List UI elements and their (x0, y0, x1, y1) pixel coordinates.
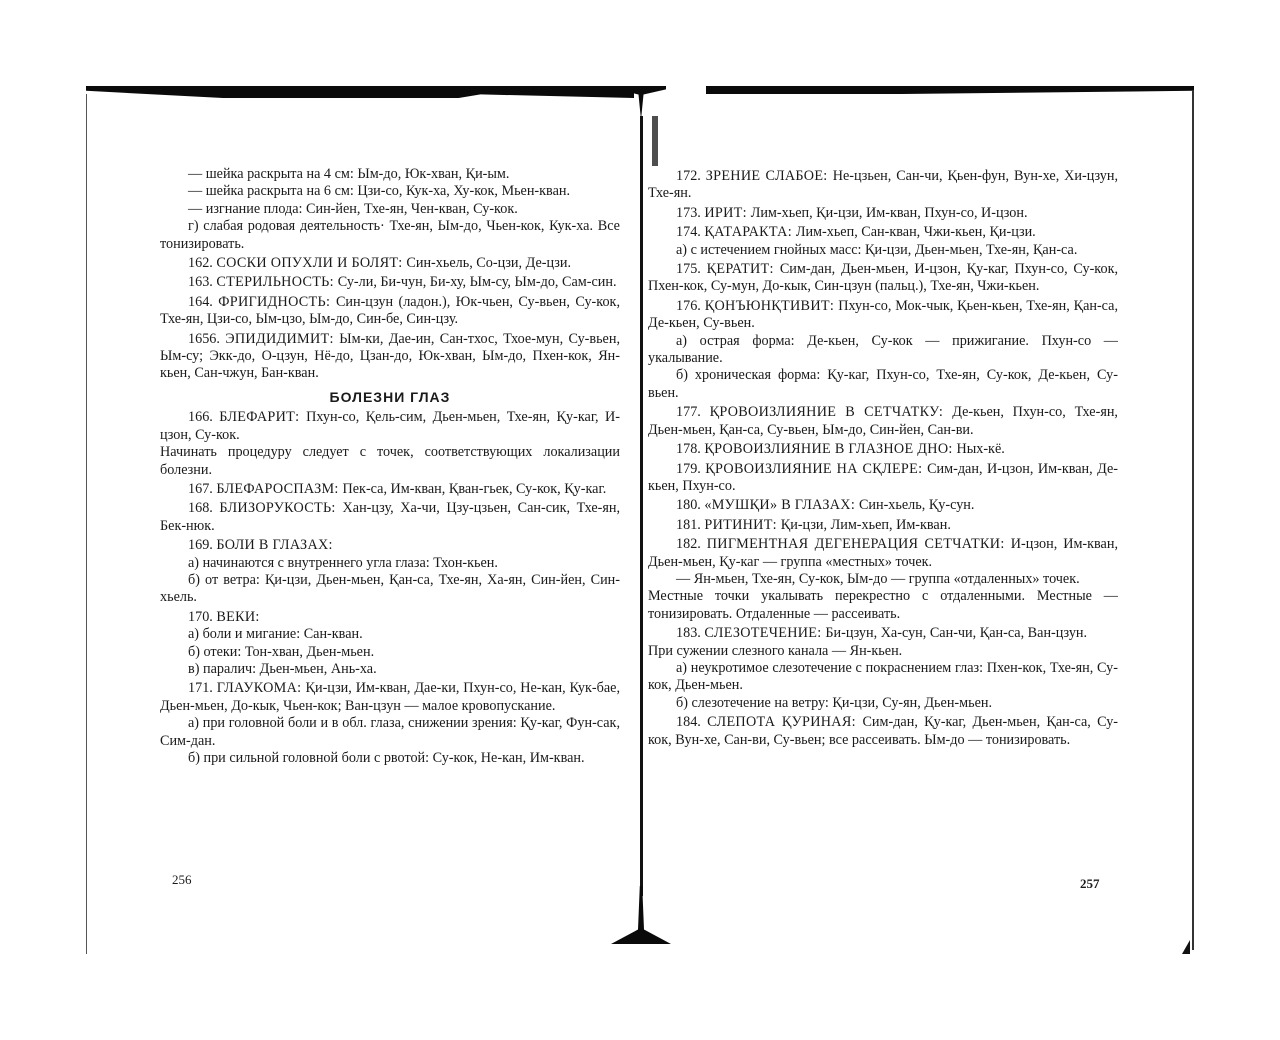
text-paragraph: Начинать процедуру следует с точек, соот… (160, 444, 620, 479)
entry-title: РИТИНИТ: (704, 517, 780, 533)
entry-text: — шейка раскрыта на 6 см: Цзи-со, Кук-ха… (188, 183, 570, 199)
entry-paragraph: 180. «МУШҚИ» В ГЛАЗАХ: Син-хьель, Қу-сун… (648, 497, 1118, 514)
entry-number: 164. (188, 294, 218, 310)
text-paragraph: а) неукротимое слезотечение с покраснени… (648, 660, 1118, 695)
entry-paragraph: 183. СЛЕЗОТЕЧЕНИЕ: Би-цзун, Ха-сун, Сан-… (648, 625, 1118, 642)
entry-number: 182. (676, 536, 707, 552)
entry-text: а) при головной боли и в обл. глаза, сни… (160, 715, 620, 748)
entry-paragraph: 176. ҚОНЪЮНҚТИВИТ: Пхун-со, Мок-чык, Қье… (648, 298, 1118, 333)
text-paragraph: При сужении слезного канала — Ян-кьен. (648, 643, 1118, 660)
text-paragraph: — шейка раскрыта на 4 см: Ым-до, Юк-хван… (160, 166, 620, 183)
entry-title: БОЛИ В ГЛАЗАХ: (216, 537, 332, 553)
book-spread: — шейка раскрыта на 4 см: Ым-до, Юк-хван… (86, 86, 1194, 954)
entry-paragraph: 164. ФРИГИДНОСТЬ: Син-цзун (ладон.), Юк-… (160, 294, 620, 329)
entry-paragraph: 178. ҚРОВОИЗЛИЯНИЕ В ГЛАЗНОЕ ДНО: Ных-кё… (648, 441, 1118, 458)
text-paragraph: г) слабая родовая деятельность· Тхе-ян, … (160, 218, 620, 253)
entry-paragraph: 166. БЛЕФАРИТ: Пхун-со, Қель-сим, Дьен-м… (160, 409, 620, 444)
entry-paragraph: 163. СТЕРИЛЬНОСТЬ: Су-ли, Би-чун, Би-ху,… (160, 274, 620, 291)
entry-number: 176. (676, 298, 705, 314)
entry-text: а) неукротимое слезотечение с покраснени… (648, 660, 1118, 693)
entry-title: ҚАТАРАКТА: (704, 224, 795, 240)
entry-title: ЗРЕНИЕ СЛАБОЕ: (706, 168, 833, 184)
entry-text: — Ян-мьен, Тхе-ян, Су-кок, Ым-до — групп… (676, 571, 1080, 587)
entry-text: Местные точки укалывать перекрестно с от… (648, 588, 1118, 621)
entry-text: а) боли и мигание: Сан-кван. (188, 626, 363, 642)
entry-number: 167. (188, 481, 216, 497)
entry-title: ҚРОВОИЗЛИЯНИЕ В ГЛАЗНОЕ ДНО: (704, 441, 956, 457)
entry-text: Пек-са, Им-кван, Қван-гьек, Су-кок, Қу-к… (343, 481, 607, 497)
scan-top-edge-right (706, 86, 1194, 94)
page-edge-left (86, 94, 87, 954)
entry-number: 175. (676, 261, 707, 277)
entry-number: 180. (676, 497, 704, 513)
entry-number: 166. (188, 409, 219, 425)
entry-title: ФРИГИДНОСТЬ: (218, 294, 336, 310)
entry-number: 170. (188, 609, 216, 625)
entry-paragraph: 173. ИРИТ: Лим-хьеп, Қи-цзи, Им-кван, Пх… (648, 205, 1118, 222)
entry-text: б) слезотечение на ветру: Қи-цзи, Су-ян,… (676, 695, 992, 711)
entry-title: ҚРОВОИЗЛИЯНИЕ НА СҚЛЕРЕ: (705, 461, 927, 477)
entry-title: БЛЕФАРИТ: (219, 409, 306, 425)
entry-text: — шейка раскрыта на 4 см: Ым-до, Юк-хван… (188, 166, 509, 182)
entry-number: 173. (676, 205, 704, 221)
book-fold-top (616, 86, 666, 120)
entry-text: Су-ли, Би-чун, Би-ху, Ым-су, Ым-до, Сам-… (338, 274, 617, 290)
entry-text: в) паралич: Дьен-мьен, Ань-ха. (188, 661, 377, 677)
entry-paragraph: 1656. ЭПИДИДИМИТ: Ым-ки, Дае-ин, Сан-тхо… (160, 331, 620, 383)
entry-number: 177. (676, 404, 710, 420)
entry-paragraph: 179. ҚРОВОИЗЛИЯНИЕ НА СҚЛЕРЕ: Сим-дан, И… (648, 461, 1118, 496)
entry-number: 1656. (188, 331, 225, 347)
entry-number: 172. (676, 168, 706, 184)
page-corner-mark (1182, 940, 1190, 954)
entry-paragraph: 170. ВЕКИ: (160, 609, 620, 626)
entry-text: — изгнание плода: Син-йен, Тхе-ян, Чен-к… (188, 201, 518, 217)
left-page-section-paragraphs: 166. БЛЕФАРИТ: Пхун-со, Қель-сим, Дьен-м… (160, 409, 620, 767)
entry-text: Начинать процедуру следует с точек, соот… (160, 444, 620, 477)
entry-text: б) хроническая форма: Қу-каг, Пхун-со, Т… (648, 367, 1118, 400)
entry-paragraph: 177. ҚРОВОИЗЛИЯНИЕ В СЕТЧАТКУ: Де-кьен, … (648, 404, 1118, 439)
entry-title: БЛИЗОРУКОСТЬ: (219, 500, 342, 516)
entry-text: а) острая форма: Де-кьен, Су-кок — прижи… (648, 333, 1118, 366)
text-paragraph: а) острая форма: Де-кьен, Су-кок — прижи… (648, 333, 1118, 368)
section-heading: БОЛЕЗНИ ГЛАЗ (160, 389, 620, 406)
text-paragraph: Местные точки укалывать перекрестно с от… (648, 588, 1118, 623)
entry-text: Ных-кё. (956, 441, 1004, 457)
entry-paragraph: 181. РИТИНИТ: Қи-цзи, Лим-хьеп, Им-кван. (648, 517, 1118, 534)
text-paragraph: — шейка раскрыта на 6 см: Цзи-со, Кук-ха… (160, 183, 620, 200)
entry-number: 168. (188, 500, 219, 516)
entry-paragraph: 172. ЗРЕНИЕ СЛАБОЕ: Не-цзьен, Сан-чи, Қь… (648, 168, 1118, 203)
entry-text: Лим-хьеп, Қи-цзи, Им-кван, Пхун-со, И-цз… (751, 205, 1028, 221)
entry-text: а) начинаются с внутреннего угла глаза: … (188, 555, 498, 571)
text-paragraph: б) при сильной головной боли с рвотой: С… (160, 750, 620, 767)
right-page-paragraphs: 172. ЗРЕНИЕ СЛАБОЕ: Не-цзьен, Сан-чи, Қь… (648, 168, 1118, 749)
book-gutter (640, 116, 643, 896)
entry-title: ПИГМЕНТНАЯ ДЕГЕНЕРАЦИЯ СЕТЧАТКИ: (707, 536, 1011, 552)
entry-title: СЛЕПОТА ҚУРИНАЯ: (707, 714, 862, 730)
entry-number: 178. (676, 441, 704, 457)
entry-title: ИРИТ: (704, 205, 750, 221)
page-number-left: 256 (172, 872, 192, 888)
entry-title: ҚЕРАТИТ: (707, 261, 780, 277)
entry-paragraph: 174. ҚАТАРАКТА: Лим-хьеп, Сан-кван, Чжи-… (648, 224, 1118, 241)
entry-title: СТЕРИЛЬНОСТЬ: (216, 274, 337, 290)
text-paragraph: б) отеки: Тон-хван, Дьен-мьен. (160, 644, 620, 661)
book-fold-bottom (611, 886, 671, 944)
entry-paragraph: 169. БОЛИ В ГЛАЗАХ: (160, 537, 620, 554)
right-page-text: 172. ЗРЕНИЕ СЛАБОЕ: Не-цзьен, Сан-чи, Қь… (648, 166, 1118, 749)
entry-text: При сужении слезного канала — Ян-кьен. (648, 643, 902, 659)
entry-paragraph: 168. БЛИЗОРУКОСТЬ: Хан-цзу, Ха-чи, Цзу-ц… (160, 500, 620, 535)
text-paragraph: — изгнание плода: Син-йен, Тхе-ян, Чен-к… (160, 201, 620, 218)
entry-text: Син-хьель, Қу-сун. (859, 497, 975, 513)
entry-paragraph: 184. СЛЕПОТА ҚУРИНАЯ: Сим-дан, Қу-каг, Д… (648, 714, 1118, 749)
entry-number: 179. (676, 461, 705, 477)
entry-title: «МУШҚИ» В ГЛАЗАХ: (704, 497, 859, 513)
entry-paragraph: 182. ПИГМЕНТНАЯ ДЕГЕНЕРАЦИЯ СЕТЧАТКИ: И-… (648, 536, 1118, 571)
text-paragraph: а) при головной боли и в обл. глаза, сни… (160, 715, 620, 750)
entry-number: 171. (188, 680, 217, 696)
entry-number: 174. (676, 224, 704, 240)
entry-paragraph: 175. ҚЕРАТИТ: Сим-дан, Дьен-мьен, И-цзон… (648, 261, 1118, 296)
left-page-text: — шейка раскрыта на 4 см: Ым-до, Юк-хван… (160, 166, 620, 767)
entry-number: 184. (676, 714, 707, 730)
entry-paragraph: 167. БЛЕФАРОСПАЗМ: Пек-са, Им-кван, Қван… (160, 481, 620, 498)
page-number-right: 257 (1080, 876, 1100, 892)
text-paragraph: б) от ветра: Қи-цзи, Дьен-мьен, Қан-са, … (160, 572, 620, 607)
gutter-shadow (652, 116, 658, 166)
entry-paragraph: 162. СОСКИ ОПУХЛИ И БОЛЯТ: Син-хьель, Со… (160, 255, 620, 272)
entry-title: ВЕКИ: (216, 609, 259, 625)
entry-title: ГЛАУКОМА: (217, 680, 306, 696)
entry-text: б) при сильной головной боли с рвотой: С… (188, 750, 585, 766)
entry-text: г) слабая родовая деятельность· Тхе-ян, … (160, 218, 620, 251)
text-paragraph: а) с истечением гнойных масс: Қи-цзи, Дь… (648, 242, 1118, 259)
entry-number: 169. (188, 537, 216, 553)
left-page-paragraphs: — шейка раскрыта на 4 см: Ым-до, Юк-хван… (160, 166, 620, 383)
entry-text: Лим-хьеп, Сан-кван, Чжи-кьен, Қи-цзи. (796, 224, 1036, 240)
entry-title: СОСКИ ОПУХЛИ И БОЛЯТ: (216, 255, 406, 271)
entry-number: 181. (676, 517, 704, 533)
entry-paragraph: 171. ГЛАУКОМА: Қи-цзи, Им-кван, Дае-ки, … (160, 680, 620, 715)
text-paragraph: б) хроническая форма: Қу-каг, Пхун-со, Т… (648, 367, 1118, 402)
entry-text: а) с истечением гнойных масс: Қи-цзи, Дь… (676, 242, 1077, 258)
entry-text: Қи-цзи, Лим-хьеп, Им-кван. (781, 517, 951, 533)
scan-top-edge-left (86, 86, 634, 98)
text-paragraph: в) паралич: Дьен-мьен, Ань-ха. (160, 661, 620, 678)
entry-text: б) от ветра: Қи-цзи, Дьен-мьен, Қан-са, … (160, 572, 620, 605)
page-edge-right (1192, 90, 1194, 950)
entry-text: Син-хьель, Со-цзи, Де-цзи. (406, 255, 571, 271)
text-paragraph: б) слезотечение на ветру: Қи-цзи, Су-ян,… (648, 695, 1118, 712)
text-paragraph: — Ян-мьен, Тхе-ян, Су-кок, Ым-до — групп… (648, 571, 1118, 588)
entry-number: 162. (188, 255, 216, 271)
entry-number: 183. (676, 625, 704, 641)
entry-title: ЭПИДИДИМИТ: (225, 331, 339, 347)
entry-title: БЛЕФАРОСПАЗМ: (216, 481, 342, 497)
entry-title: ҚРОВОИЗЛИЯНИЕ В СЕТЧАТКУ: (710, 404, 953, 420)
entry-number: 163. (188, 274, 216, 290)
entry-text: б) отеки: Тон-хван, Дьен-мьен. (188, 644, 374, 660)
text-paragraph: а) начинаются с внутреннего угла глаза: … (160, 555, 620, 572)
text-paragraph: а) боли и мигание: Сан-кван. (160, 626, 620, 643)
entry-title: СЛЕЗОТЕЧЕНИЕ: (704, 625, 825, 641)
entry-text: Би-цзун, Ха-сун, Сан-чи, Қан-са, Ван-цзу… (825, 625, 1087, 641)
entry-title: ҚОНЪЮНҚТИВИТ: (705, 298, 839, 314)
